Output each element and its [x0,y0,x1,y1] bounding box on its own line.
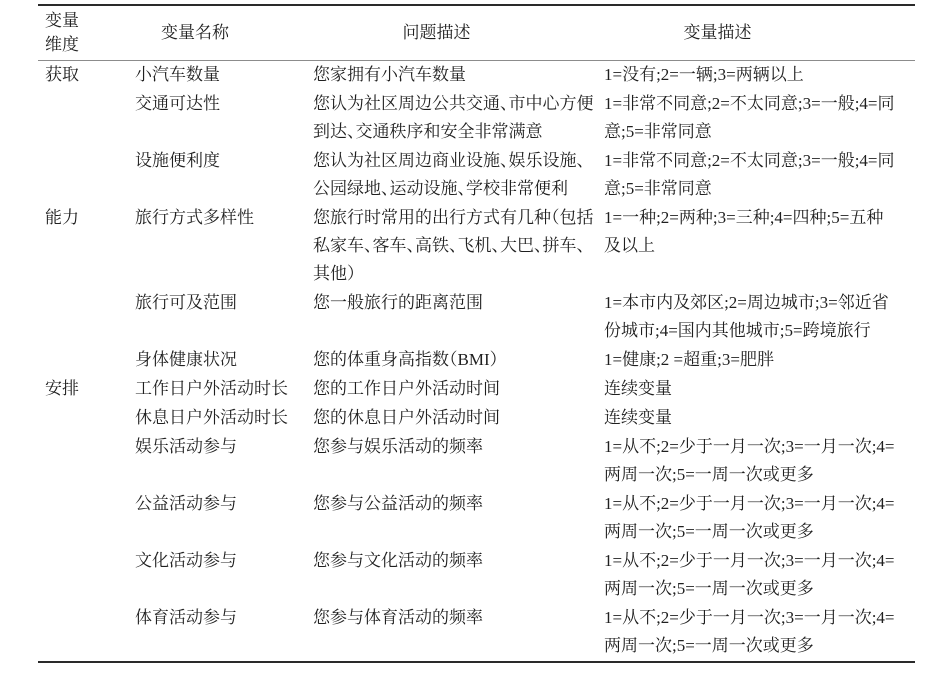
cell-description: 1=健康;2 =超重;3=肥胖 [604,346,915,375]
cell-name: 公益活动参与 [135,490,313,547]
column-header-name: 变量名称 [135,5,313,61]
cell-name: 休息日户外活动时长 [135,404,313,433]
table-row: 交通可达性 您认为社区周边公共交通、市中心方便到达、交通秩序和安全非常满意 1=… [38,90,915,147]
cell-dimension [38,346,135,375]
cell-question: 您旅行时常用的出行方式有几种（包括私家车、客车、高铁、飞机、大巴、拼车、其他） [313,204,604,289]
table-row: 获取 小汽车数量 您家拥有小汽车数量 1=没有;2=一辆;3=两辆以上 [38,61,915,91]
cell-question: 您参与文化活动的频率 [313,547,604,604]
cell-dimension [38,604,135,662]
column-header-description: 变量描述 [604,5,915,61]
cell-description: 1=从不;2=少于一月一次;3=一月一次;4=两周一次;5=一周一次或更多 [604,547,915,604]
cell-dimension [38,547,135,604]
cell-question: 您参与公益活动的频率 [313,490,604,547]
table-header: 变量 维度 变量名称 问题描述 变量描述 [38,5,915,61]
cell-description: 1=从不;2=少于一月一次;3=一月一次;4=两周一次;5=一周一次或更多 [604,490,915,547]
cell-dimension: 安排 [38,375,135,404]
header-row: 变量 维度 变量名称 问题描述 变量描述 [38,5,915,61]
table-row: 安排 工作日户外活动时长 您的工作日户外活动时间 连续变量 [38,375,915,404]
column-header-dimension: 变量 维度 [38,5,135,61]
cell-description: 1=从不;2=少于一月一次;3=一月一次;4=两周一次;5=一周一次或更多 [604,604,915,662]
table-row: 休息日户外活动时长 您的休息日户外活动时间 连续变量 [38,404,915,433]
table-body: 获取 小汽车数量 您家拥有小汽车数量 1=没有;2=一辆;3=两辆以上 交通可达… [38,61,915,663]
cell-question: 您认为社区周边公共交通、市中心方便到达、交通秩序和安全非常满意 [313,90,604,147]
cell-name: 工作日户外活动时长 [135,375,313,404]
cell-dimension [38,433,135,490]
cell-dimension [38,90,135,147]
cell-name: 娱乐活动参与 [135,433,313,490]
column-header-dimension-line2: 维度 [45,33,135,57]
cell-description: 连续变量 [604,404,915,433]
cell-question: 您的工作日户外活动时间 [313,375,604,404]
cell-question: 您一般旅行的距离范围 [313,289,604,346]
cell-dimension [38,490,135,547]
cell-description: 1=本市内及郊区;2=周边城市;3=邻近省份城市;4=国内其他城市;5=跨境旅行 [604,289,915,346]
cell-question: 您认为社区周边商业设施、娱乐设施、公园绿地、运动设施、学校非常便利 [313,147,604,204]
cell-name: 旅行可及范围 [135,289,313,346]
cell-description: 1=没有;2=一辆;3=两辆以上 [604,61,915,91]
table-row: 能力 旅行方式多样性 您旅行时常用的出行方式有几种（包括私家车、客车、高铁、飞机… [38,204,915,289]
cell-dimension: 获取 [38,61,135,91]
table-row: 设施便利度 您认为社区周边商业设施、娱乐设施、公园绿地、运动设施、学校非常便利 … [38,147,915,204]
cell-description: 连续变量 [604,375,915,404]
cell-description: 1=非常不同意;2=不太同意;3=一般;4=同意;5=非常同意 [604,90,915,147]
cell-question: 您的休息日户外活动时间 [313,404,604,433]
cell-name: 小汽车数量 [135,61,313,91]
column-header-question: 问题描述 [313,5,604,61]
table-row: 旅行可及范围 您一般旅行的距离范围 1=本市内及郊区;2=周边城市;3=邻近省份… [38,289,915,346]
cell-name: 文化活动参与 [135,547,313,604]
cell-dimension [38,289,135,346]
column-header-dimension-line1: 变量 [45,9,135,33]
cell-question: 您家拥有小汽车数量 [313,61,604,91]
variables-table: 变量 维度 变量名称 问题描述 变量描述 获取 小汽车数量 您家拥有小汽车数量 … [38,4,915,663]
table-row: 文化活动参与 您参与文化活动的频率 1=从不;2=少于一月一次;3=一月一次;4… [38,547,915,604]
cell-name: 旅行方式多样性 [135,204,313,289]
table-row: 身体健康状况 您的体重身高指数（BMI） 1=健康;2 =超重;3=肥胖 [38,346,915,375]
table-row: 体育活动参与 您参与体育活动的频率 1=从不;2=少于一月一次;3=一月一次;4… [38,604,915,662]
cell-description: 1=一种;2=两种;3=三种;4=四种;5=五种及以上 [604,204,915,289]
cell-name: 交通可达性 [135,90,313,147]
cell-description: 1=从不;2=少于一月一次;3=一月一次;4=两周一次;5=一周一次或更多 [604,433,915,490]
cell-description: 1=非常不同意;2=不太同意;3=一般;4=同意;5=非常同意 [604,147,915,204]
cell-name: 设施便利度 [135,147,313,204]
cell-question: 您参与体育活动的频率 [313,604,604,662]
cell-dimension: 能力 [38,204,135,289]
cell-name: 体育活动参与 [135,604,313,662]
cell-dimension [38,404,135,433]
cell-name: 身体健康状况 [135,346,313,375]
table-row: 公益活动参与 您参与公益活动的频率 1=从不;2=少于一月一次;3=一月一次;4… [38,490,915,547]
cell-question: 您参与娱乐活动的频率 [313,433,604,490]
cell-dimension [38,147,135,204]
table-row: 娱乐活动参与 您参与娱乐活动的频率 1=从不;2=少于一月一次;3=一月一次;4… [38,433,915,490]
cell-question: 您的体重身高指数（BMI） [313,346,604,375]
